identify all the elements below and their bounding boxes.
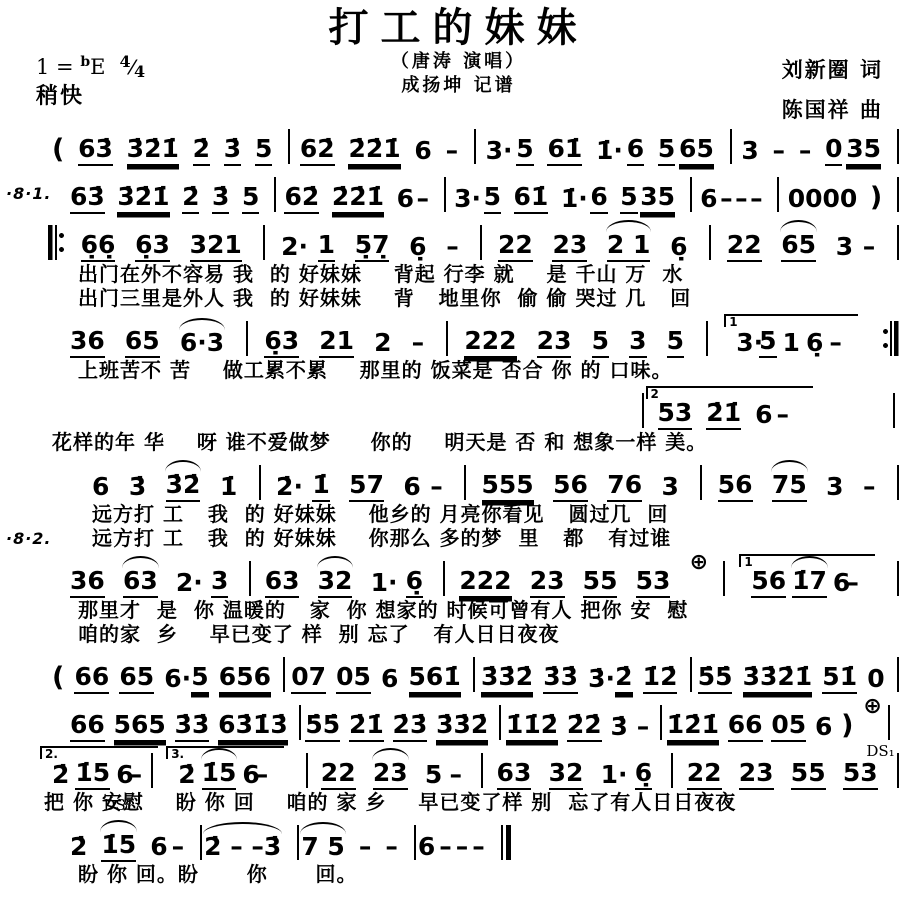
note-token: 1̇5 (202, 760, 237, 790)
note-token: 1̇2̇ (643, 664, 678, 694)
key-signature-block: 1 = bE4⁄4 稍快 (36, 52, 145, 111)
note-token: 3̇ (611, 714, 628, 742)
note-token: 561̇ (409, 664, 461, 694)
note-token: 62̇ (284, 184, 319, 214)
note-token: 6̣ (670, 234, 687, 262)
lyric-line: 盼 你 回。盼 你 回。 (0, 863, 917, 886)
tempo-marking: 稍快 (36, 84, 145, 110)
note-token: 2̇ (70, 834, 87, 862)
header: 打工的妹妹 （唐涛 演唱） 成扬坤 记谱 刘新圈 词 陈国祥 曲 1 = bE4… (0, 0, 917, 118)
note-token: 66 (74, 664, 109, 694)
note-token: – (720, 186, 733, 214)
note-token: 555 (482, 472, 534, 502)
note-token: 1 (318, 232, 335, 262)
note-token: 1̇5 (75, 760, 110, 790)
note-token: 3 (741, 138, 758, 166)
note-token: 3̇2̇ (166, 472, 201, 502)
ending-bracket: 1561̇76– (739, 554, 875, 598)
note-token: – (130, 762, 143, 790)
note-token: 1̇7 (792, 568, 827, 598)
music-line: 2532̇1̇6– (0, 388, 917, 430)
note-token: 5 (484, 184, 501, 214)
barline (706, 321, 708, 356)
note-token: 66 (728, 712, 763, 742)
repeat-end-barline (882, 321, 899, 356)
note-token: 5̇5̇ (305, 712, 340, 742)
note-token: 1 (783, 330, 800, 358)
music-line: 665653̇3̇63̇1̇3̇5̇5̇2̇1̇2̇3̇3̇3̇2̇1̇1̇2̇… (0, 700, 917, 742)
note-token: 5 (620, 184, 637, 214)
music-line: 36656·36̣3212–2222353513·516̣– (0, 316, 917, 358)
note-token: 6 (627, 136, 644, 166)
barline (200, 825, 202, 860)
note-token: 63 (265, 568, 300, 598)
note-token: 07 (291, 664, 326, 694)
note-token: 565 (114, 712, 166, 742)
note-token: 3 (211, 568, 228, 598)
note-token: 5 (425, 762, 442, 790)
note-token: 62̇ (300, 136, 335, 166)
barline (499, 705, 501, 740)
ending-bracket: 3.2̇1̇56– (166, 746, 284, 790)
note-token: 2̇2̇1̇ (348, 136, 400, 166)
note-token: 2̇ (193, 136, 210, 166)
note-token: 2̇1̇ (349, 712, 384, 742)
note-token: 65 (125, 328, 160, 358)
key-note: E (90, 55, 105, 79)
note-token: 2̇1̇ (706, 400, 741, 430)
note-token: 3̇3̇2̇1̇ (743, 664, 813, 694)
ending-number: 2. (45, 748, 58, 760)
note-token: 2̇ (182, 184, 199, 214)
note-token: 5 (759, 328, 776, 358)
music-line: 6̣6̣6̣33212·15̣7̣6̣–22232 16̣22653– (0, 220, 917, 262)
note-token: 1̇5 (101, 832, 136, 862)
note-token: 2· (281, 234, 308, 262)
note-token: 3̇· (588, 666, 615, 694)
note-token: 6·3 (180, 330, 224, 358)
note-token: – (417, 186, 430, 214)
note-token: – (172, 834, 185, 862)
note-token: – (439, 834, 452, 862)
music-line: (63̇3̇2̇1̇2̇3̇562̇2̇2̇1̇6–3·561̇1̇·65653… (0, 124, 917, 166)
note-token: – (637, 714, 650, 742)
note-token: 61̇ (547, 136, 582, 166)
barline (263, 225, 265, 260)
barline (893, 393, 895, 428)
note-token: 22 (727, 232, 762, 262)
note-token: 2 1 (607, 232, 651, 262)
note-token: 6 (403, 474, 420, 502)
note-token: 321 (190, 232, 242, 262)
note-token: 5 (658, 136, 675, 166)
note-token: 0 (825, 136, 842, 166)
song-title: 打工的妹妹 (0, 0, 917, 50)
note-token: 53 (843, 760, 878, 790)
parenthesis: ) (841, 712, 853, 742)
note-token: 63 (123, 568, 158, 598)
segno-label: ·8·2. (6, 527, 52, 550)
note-token: 3̇3̇ (175, 712, 210, 742)
note-token: 23 (537, 328, 572, 358)
note-token: 6 (590, 184, 607, 214)
note-token: 53 (658, 400, 693, 430)
music-line: (66656·565607056561̇3̇3̇2̇3̇3̇3̇·2̇1̇2̇5… (0, 652, 917, 694)
lyric-line: 花样的年 华 呀 谁不爱做梦 你的 明天是 否 和 想象一样 美。 (0, 431, 917, 454)
note-token: 22 (498, 232, 533, 262)
music-line: 63̇3̇2̇1̇2̇·1̇576–5555676356753– (0, 460, 917, 502)
note-token: – (829, 330, 842, 358)
note-token: 1̇ (220, 474, 237, 502)
note-token: 6 (700, 186, 717, 214)
note-token: 5 (255, 136, 272, 166)
note-token: 6̣3 (135, 232, 170, 262)
lyric-line: 上班苦不 苦 做工累不累 那里的 饭菜是 否合 你 的 口味。 (0, 359, 917, 382)
key-prefix: 1 = (36, 55, 80, 79)
note-token: – (456, 834, 469, 862)
flat-sign: b (80, 54, 90, 70)
barline (299, 705, 301, 740)
barline (474, 129, 476, 164)
barline (730, 129, 732, 164)
barline (690, 657, 692, 692)
note-token: – (472, 834, 485, 862)
ending-number: 1 (729, 316, 737, 328)
note-token: 32 (549, 760, 584, 790)
score: (63̇3̇2̇1̇2̇3̇562̇2̇2̇1̇6–3·561̇1̇·65653… (0, 124, 917, 886)
barline (249, 561, 251, 596)
note-token: 3̇2̇1̇ (127, 136, 179, 166)
note-token: 6· (164, 666, 191, 694)
note-token: 63̇ (78, 136, 113, 166)
note-token: 2̇ (615, 664, 632, 694)
segno-label: ·8·1. (6, 184, 52, 203)
barline (690, 177, 692, 212)
lyric-line: 远方打 工 我 的 好妹妹 他乡的 月亮你看见 圆过几 回 (0, 503, 917, 526)
note-token: 63̇1̇3̇ (218, 712, 288, 742)
time-signature: 4⁄4 (119, 54, 145, 79)
note-token: 32 (318, 568, 353, 598)
note-token: 23 (373, 760, 408, 790)
barline (473, 657, 475, 692)
note-token: – (777, 402, 790, 430)
note-token: 23 (530, 568, 565, 598)
barline (897, 225, 899, 260)
note-token: 1· (371, 570, 398, 598)
note-token: 6 (397, 186, 414, 214)
note-token: 76 (607, 472, 642, 502)
note-token: 53 (636, 568, 671, 598)
note-token: 6 (418, 834, 435, 862)
note-token: 36 (70, 328, 105, 358)
note-token: 2· (176, 570, 203, 598)
note-token: – (446, 234, 459, 262)
note-token: – (846, 570, 859, 598)
note-token: 6̣ (806, 330, 823, 358)
note-token: 21 (319, 328, 354, 358)
note-token: – (430, 474, 443, 502)
note-token: 2̇ (52, 762, 69, 790)
note-token: 3 (629, 328, 646, 358)
lyric-line: 出门在外不容易 我 的 好妹妹 背起 行李 就 是 千山 万 水 (0, 263, 917, 286)
note-token: – (735, 186, 748, 214)
note-token: 222 (459, 568, 511, 598)
barline (297, 825, 299, 860)
note-token: 6̣6̣ (81, 232, 116, 262)
parenthesis: ) (870, 184, 882, 214)
note-token: 66 (70, 712, 105, 742)
note-token: 7 5 (301, 834, 345, 862)
note-token: 6 (815, 714, 832, 742)
note-token: 6 (92, 474, 109, 502)
note-token: 3̇2̇1̇ (117, 184, 169, 214)
note-token: 6 (150, 834, 167, 862)
note-token: – (359, 834, 372, 862)
note-token: 1̇· (596, 138, 623, 166)
lyric-line: 出门三里是外人 我 的 好妹妹 背 地里你 偷 偷 哭过 几 回 (0, 287, 917, 310)
lyricist-credit: 刘新圈 词 (782, 50, 883, 90)
lyric-line: ·8·2.远方打 工 我 的 好妹妹 你那么 多的梦 里 都 有过谁 (0, 527, 917, 550)
note-token: 6 (414, 138, 431, 166)
music-line: 36632·363321·6̣222235553⊕1561̇76– (0, 556, 917, 598)
note-token: 3̇ (212, 184, 229, 214)
note-token: – (750, 186, 763, 214)
note-token: 65 (781, 232, 816, 262)
credits-block: 刘新圈 词 陈国祥 曲 (782, 50, 883, 130)
note-token: 23 (739, 760, 774, 790)
sheet-music-page: 打工的妹妹 （唐涛 演唱） 成扬坤 记谱 刘新圈 词 陈国祥 曲 1 = bE4… (0, 0, 917, 898)
barline (723, 561, 725, 596)
note-token: 5 (516, 136, 533, 166)
music-line: 2.2̇1̇56–DS₂3.2̇1̇56–22235–63321·6̣22235… (0, 748, 917, 790)
note-token: – (773, 138, 786, 166)
barline (480, 225, 482, 260)
note-token: 65 (119, 664, 154, 694)
barline (464, 465, 466, 500)
note-token: – (863, 474, 876, 502)
note-token: – (863, 234, 876, 262)
note-token: 2̇· (276, 474, 303, 502)
barline (288, 129, 290, 164)
note-token: 05 (771, 712, 806, 742)
note-token: 2̇2̇ (567, 712, 602, 742)
note-token: 57 (349, 472, 384, 502)
note-token: 6̣3 (264, 328, 299, 358)
note-token: 2 (374, 330, 391, 358)
ending-bracket: 13·516̣– (724, 314, 858, 358)
note-token: 3̇ (224, 136, 241, 166)
barline (700, 465, 702, 500)
note-token: 5 (191, 664, 208, 694)
ending-number: 3. (171, 748, 184, 760)
barline (306, 753, 308, 788)
repeat-begin-barline (48, 225, 65, 260)
note-token: 2̇3̇ (393, 712, 428, 742)
barline (777, 177, 779, 212)
barline (274, 177, 276, 212)
note-token: 56 (751, 568, 786, 598)
note-token: 5̣7̣ (355, 232, 390, 262)
note-token: 3 (826, 474, 843, 502)
note-token: 1̇ (312, 472, 329, 502)
note-token: 0 (867, 666, 884, 694)
note-token: 56 (553, 472, 588, 502)
note-token: 6 (755, 402, 772, 430)
note-token: 1· (601, 762, 628, 790)
note-token: 1̇· (561, 186, 588, 214)
barline (897, 465, 899, 500)
note-token: 656 (219, 664, 271, 694)
note-token: 55 (791, 760, 826, 790)
barline (642, 393, 644, 428)
note-token: 6̣ (635, 760, 652, 790)
note-token: 5̇5̇ (698, 664, 733, 694)
lyric-line: 把 你 安慰 盼 你 回 咱的 家 乡 早已变了样 别 忘了有人日日夜夜 (0, 791, 917, 814)
parenthesis: ( (52, 136, 64, 166)
note-token: 2̇ – –3̇ (204, 834, 281, 862)
note-token: – (412, 330, 425, 358)
note-token: 23 (552, 232, 587, 262)
barline (709, 225, 711, 260)
coda-icon: ⊕ (863, 696, 881, 721)
barline (671, 753, 673, 788)
note-token: 75 (772, 472, 807, 502)
note-token: 51̇ (822, 664, 857, 694)
note-token: 2̇ (178, 762, 195, 790)
note-token: 63 (497, 760, 532, 790)
note-token: – (256, 762, 269, 790)
lyric-line: 那里才 是 你 温暖的 家 你 想家的 时候可曾有人 把你 安 慰 (0, 599, 917, 622)
ending-bracket: 2.2̇1̇56– (40, 746, 158, 790)
music-line: 2̇1̇56–2̇ – –3̇7 5––6––– (0, 820, 917, 862)
note-token: 3 (662, 474, 679, 502)
music-line: ·8·1.63̇3̇2̇1̇2̇3̇562̇2̇2̇1̇6–3·561̇1̇·6… (0, 172, 917, 214)
barline (446, 321, 448, 356)
note-token: 63̇ (70, 184, 105, 214)
note-token: 61̇ (514, 184, 549, 214)
note-token: 5 (667, 328, 684, 358)
note-token: 05 (336, 664, 371, 694)
note-token: – (799, 138, 812, 166)
note-token: 2̇2̇1̇ (332, 184, 384, 214)
note-token: 65 (679, 136, 714, 166)
note-token: 22 (321, 760, 356, 790)
note-token: 6̣ (406, 568, 423, 598)
note-token: – (446, 138, 459, 166)
note-token: 5 (592, 328, 609, 358)
final-barline (501, 825, 511, 860)
note-token: 6̣ (409, 234, 426, 262)
barline (444, 177, 446, 212)
note-token: – (450, 762, 463, 790)
note-token: 22 (687, 760, 722, 790)
barline (283, 657, 285, 692)
parenthesis: ( (52, 664, 64, 694)
barline (246, 321, 248, 356)
key-signature: 1 = bE4⁄4 (36, 52, 145, 81)
note-token: 3 (836, 234, 853, 262)
coda-icon: ⊕ (690, 552, 708, 577)
note-token: 3· (454, 186, 481, 214)
note-token: 5 (242, 184, 259, 214)
note-token: 3· (486, 138, 513, 166)
note-token: 36 (70, 568, 105, 598)
note-token: 0000 (788, 186, 858, 214)
barline (897, 657, 899, 692)
barline (443, 561, 445, 596)
barline (888, 705, 890, 740)
note-token: 3̇3̇2̇ (436, 712, 488, 742)
note-token: 3̇3̇2̇ (481, 664, 533, 694)
note-token: 1̇1̇2̇ (506, 712, 558, 742)
barline (481, 753, 483, 788)
barline (414, 825, 416, 860)
barline (660, 705, 662, 740)
note-token: 3̇3̇ (543, 664, 578, 694)
lyric-line: 咱的家 乡 早已变了 样 别 忘了 有人日日夜夜 (0, 623, 917, 646)
note-token: 55 (583, 568, 618, 598)
note-token: – (385, 834, 398, 862)
barline (259, 465, 261, 500)
barline (897, 753, 899, 788)
note-token: 35 (640, 184, 675, 214)
note-token: 56 (718, 472, 753, 502)
note-token: 1̇2̇1̇ (667, 712, 719, 742)
ending-bracket: 2532̇1̇6– (646, 386, 814, 430)
note-token: 35 (846, 136, 881, 166)
note-token: 6 (381, 666, 398, 694)
barline (897, 177, 899, 212)
barline (897, 561, 899, 596)
barline (897, 129, 899, 164)
note-token: 222 (464, 328, 516, 358)
note-token: 3̇ (129, 474, 146, 502)
